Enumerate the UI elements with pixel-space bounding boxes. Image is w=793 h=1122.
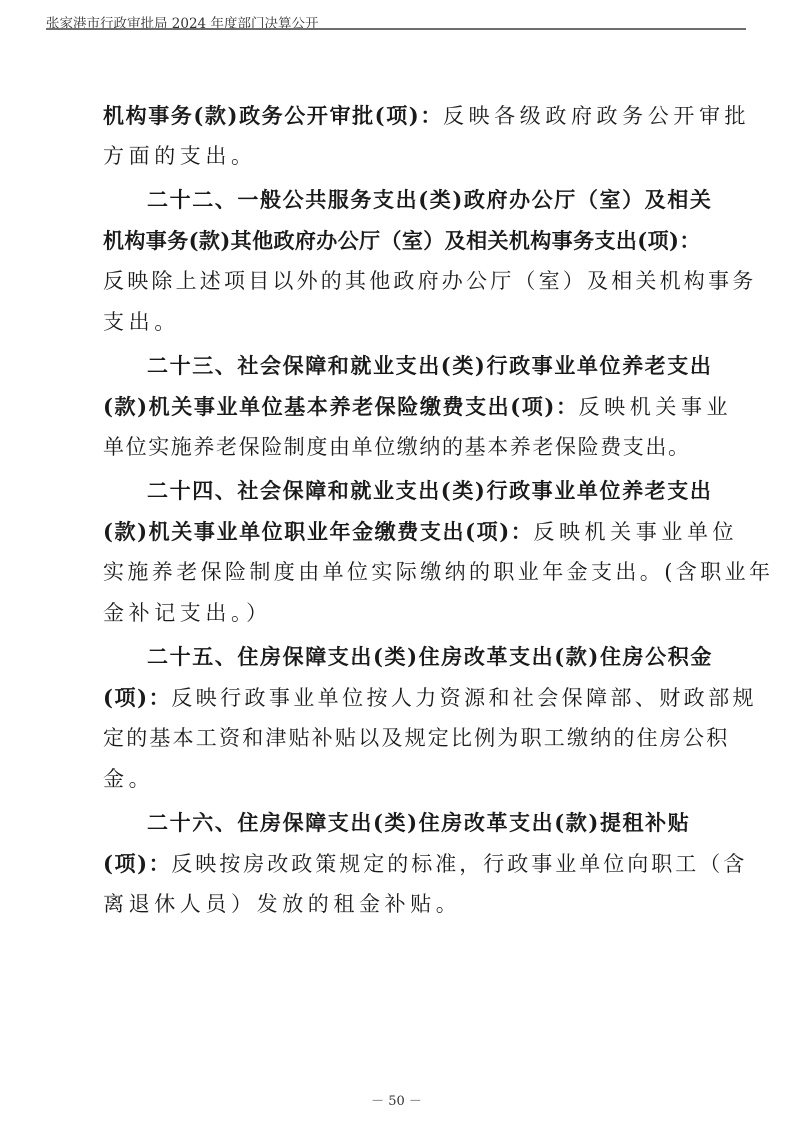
item-description: 金。 [103,767,154,791]
paragraph-24: 二十四、社会保障和就业支出(类)行政事业单位养老支出 (款)机关事业单位职业年金… [103,470,699,634]
item-heading: (款)机关事业单位职业年金缴费支出(项)： [103,519,533,544]
item-description: 反映按房改政策规定的标准，行政事业单位向职工（含 [171,852,747,876]
text-line: (项)：反映按房改政策规定的标准，行政事业单位向职工（含 [103,843,699,884]
text-line: (款)机关事业单位职业年金缴费支出(项)：反映机关事业单位 [103,511,699,552]
text-line: 二十四、社会保障和就业支出(类)行政事业单位养老支出 [103,470,699,511]
header-rule [46,28,746,30]
paragraph-25: 二十五、住房保障支出(类)住房改革支出(款)住房公积金 (项)：反映行政事业单位… [103,636,699,800]
item-description: 反映机关事业 [579,395,733,419]
item-heading: 二十四、社会保障和就业支出(类)行政事业单位养老支出 [147,478,712,503]
item-heading: (项)： [103,685,171,710]
paragraph-21-continuation: 机构事务(款)政务公开审批(项)：反映各级政府政务公开审批 方面的支出。 [103,95,699,177]
item-heading: 机构事务(款)政务公开审批(项)： [103,103,443,128]
item-heading: 二十六、住房保障支出(类)住房改革支出(款)提租补贴 [147,810,690,835]
item-description: 反映除上述项目以外的其他政府办公厅（室）及相关机构事务 [103,269,756,293]
item-heading: (款)机关事业单位基本养老保险缴费支出(项)： [103,394,579,419]
text-line: 二十二、一般公共服务支出(类)政府办公厅（室）及相关 [103,179,699,220]
paragraph-23: 二十三、社会保障和就业支出(类)行政事业单位养老支出 (款)机关事业单位基本养老… [103,345,699,468]
item-description: 金补记支出。） [103,601,272,625]
text-line: 支出。 [103,302,699,343]
paragraph-22: 二十二、一般公共服务支出(类)政府办公厅（室）及相关 机构事务(款)其他政府办公… [103,179,699,343]
text-line: 单位实施养老保险制度由单位缴纳的基本养老保险费支出。 [103,427,699,468]
item-description: 反映机关事业单位 [533,520,738,544]
text-line: 金补记支出。） [103,593,699,634]
item-description: 支出。 [103,310,180,334]
item-heading: 二十五、住房保障支出(类)住房改革支出(款)住房公积金 [147,644,713,669]
paragraph-26: 二十六、住房保障支出(类)住房改革支出(款)提租补贴 (项)：反映按房改政策规定… [103,802,699,925]
page-number: － 50 － [0,1090,793,1109]
text-line: 反映除上述项目以外的其他政府办公厅（室）及相关机构事务 [103,261,699,302]
text-line: 二十六、住房保障支出(类)住房改革支出(款)提租补贴 [103,802,699,843]
text-line: 二十五、住房保障支出(类)住房改革支出(款)住房公积金 [103,636,699,677]
item-heading: (项)： [103,851,171,876]
item-heading: 二十二、一般公共服务支出(类)政府办公厅（室）及相关 [147,187,712,212]
item-description: 反映行政事业单位按人力资源和社会保障部、财政部规 [171,686,757,710]
text-line: 实施养老保险制度由单位实际缴纳的职业年金支出。(含职业年 [103,552,699,593]
text-line: 机构事务(款)政务公开审批(项)：反映各级政府政务公开审批 [103,95,699,136]
item-description: 实施养老保险制度由单位实际缴纳的职业年金支出。(含职业年 [103,560,773,584]
text-line: 机构事务(款)其他政府办公厅（室）及相关机构事务支出(项)： [103,220,699,261]
item-description: 方面的支出。 [103,144,257,168]
item-description: 离退休人员）发放的租金补贴。 [103,892,461,916]
document-body: 机构事务(款)政务公开审批(项)：反映各级政府政务公开审批 方面的支出。 二十二… [103,95,699,925]
item-description: 定的基本工资和津贴补贴以及规定比例为职工缴纳的住房公积 [103,726,729,750]
item-description: 反映各级政府政务公开审批 [443,104,750,128]
text-line: (款)机关事业单位基本养老保险缴费支出(项)：反映机关事业 [103,386,699,427]
text-line: 定的基本工资和津贴补贴以及规定比例为职工缴纳的住房公积 [103,718,699,759]
text-line: 方面的支出。 [103,136,699,177]
item-heading: 机构事务(款)其他政府办公厅（室）及相关机构事务支出(项)： [103,228,701,253]
text-line: 离退休人员）发放的租金补贴。 [103,884,699,925]
text-line: (项)：反映行政事业单位按人力资源和社会保障部、财政部规 [103,677,699,718]
item-description: 单位实施养老保险制度由单位缴纳的基本养老保险费支出。 [103,435,691,459]
text-line: 二十三、社会保障和就业支出(类)行政事业单位养老支出 [103,345,699,386]
item-heading: 二十三、社会保障和就业支出(类)行政事业单位养老支出 [147,353,712,378]
text-line: 金。 [103,759,699,800]
